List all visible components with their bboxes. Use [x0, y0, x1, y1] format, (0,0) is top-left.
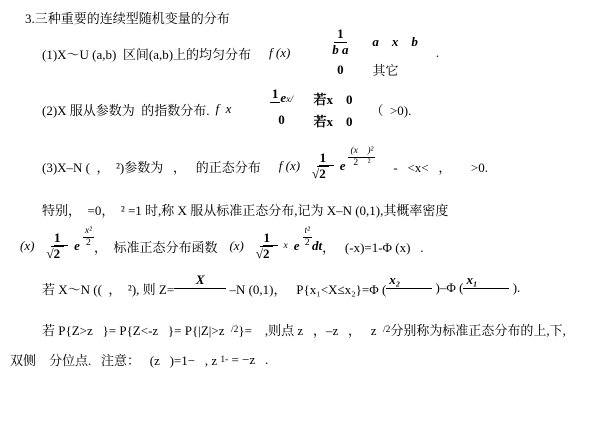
- dt-differential: dt: [312, 238, 322, 254]
- normal-fx-symbol: f (x): [279, 158, 300, 174]
- density-coefficient-fraction: 1 √2: [46, 231, 68, 262]
- standard-normal-sentence: 特别， =0， ² =1 时,称 X 服从标准正态分布,记为 X–N (0,1)…: [42, 200, 448, 219]
- x2-fraction: x₂: [386, 273, 432, 303]
- exponential-distribution-line: (2)X 服从参数为 的指数分布. f x 1 e x/ 若x 0 0 若x 0…: [42, 86, 411, 132]
- exponent-numerator: t²: [303, 226, 313, 238]
- one-over-theta-fraction: 1: [270, 86, 281, 103]
- symmetry-identity: ， (-x)=1-Φ (x) .: [322, 237, 423, 256]
- exponent-numerator: x²: [83, 226, 94, 238]
- euler-e-symbol: e: [74, 238, 80, 254]
- exponential-piecewise-formula: 1 e x/ 若x 0 0 若x 0: [249, 89, 352, 130]
- uniform-piecewise-formula: 1 b a a x b 0 其它: [308, 27, 418, 80]
- normal-lead-text: (3)X–N ( ， ²)参数为 ， 的正态分布: [42, 157, 261, 176]
- standardization-line: 若 X～N (( ， ²), 则 Z= X –N (0,1)， P{x₁<X≤x…: [42, 266, 520, 310]
- standard-normal-text: 特别， =0， ² =1 时,称 X 服从标准正态分布,记为 X–N (0,1)…: [42, 200, 448, 219]
- note-line: 双侧 分位点. 注意： (z )=1− , z 1- = −z .: [10, 350, 268, 369]
- exponential-case-2: 0 若x 0: [249, 111, 352, 130]
- exponential-fx-symbol: f x: [216, 101, 232, 117]
- uniform-distribution-line: (1)X～U (a,b) 区间(a,b)上的均匀分布 f (x) 1 b a a…: [42, 30, 439, 76]
- radical-sign: √: [256, 246, 263, 261]
- fraction-denominator: b a: [332, 43, 348, 58]
- normal-exponent-fraction: (x )² 2 ²: [348, 146, 375, 169]
- uniform-case2-condition: 其它: [372, 60, 398, 79]
- quantile-text-2: }= ,则点 z ，–z ， z: [238, 320, 383, 339]
- exponential-lead-text: (2)X 服从参数为 的指数分布.: [42, 100, 210, 119]
- exponent-denominator: 2: [305, 238, 310, 249]
- euler-e-symbol: e: [294, 238, 300, 254]
- uniform-case1-condition: a x b: [372, 34, 418, 50]
- probability-expression: –N (0,1)， P{x₁<X≤x₂}=Φ (: [226, 279, 386, 298]
- radical: √2: [46, 245, 68, 261]
- radicand: 2: [263, 245, 278, 261]
- section-heading-text: 3.三种重要的连续型随机变量的分布: [25, 8, 230, 27]
- uniform-period: .: [436, 45, 439, 61]
- radical: √2: [256, 245, 278, 261]
- uniform-fx-symbol: f (x): [269, 45, 290, 61]
- fraction-numerator: 1: [334, 27, 347, 43]
- radical: √2: [312, 165, 334, 181]
- cdf-exponent-fraction: t² 2: [303, 226, 313, 249]
- alpha-over-2-subscript: /2: [231, 325, 238, 335]
- fraction-numerator: x₂: [386, 273, 432, 289]
- radical-sign: √: [46, 246, 53, 261]
- phi-minus-separator: )–Φ (: [432, 280, 463, 296]
- radicand: 2: [319, 165, 334, 181]
- uniform-case-1: 1 b a a x b: [308, 27, 418, 58]
- exponent-denominator: 2 ²: [353, 158, 370, 169]
- normal-coefficient-fraction: 1 √2: [312, 151, 334, 182]
- quantile-text-1: 若 P{Z>z }= P{Z<-z }= P{|Z|>z: [42, 320, 231, 339]
- phi-x-left: (x): [20, 238, 34, 254]
- radicand: 2: [54, 245, 69, 261]
- note-text-2: = −z .: [228, 352, 268, 368]
- quantile-text-3: 分别称为标准正态分布的上,下,: [390, 320, 566, 339]
- fraction-numerator: X: [174, 273, 226, 289]
- uniform-lead-text: (1)X～U (a,b) 区间(a,b)上的均匀分布: [42, 44, 251, 63]
- uniform-case1-value: 1 b a: [308, 27, 372, 58]
- section-heading: 3.三种重要的连续型随机变量的分布: [25, 8, 230, 27]
- z-score-fraction: X: [174, 273, 226, 303]
- fraction-denominator: √2: [46, 247, 68, 262]
- fraction-denominator: √2: [256, 247, 278, 262]
- exponential-case1-condition: 若x 0: [313, 89, 352, 108]
- euler-e-symbol: e: [340, 158, 346, 174]
- exponential-case2-condition: 若x 0: [313, 111, 352, 130]
- alpha-over-2-subscript: /2: [383, 325, 390, 335]
- exponential-case1-value: 1 e x/: [249, 90, 313, 107]
- one-minus-alpha-subscript: 1-: [220, 355, 228, 365]
- exponential-parameter-note: （ >0).: [370, 100, 411, 119]
- note-text-1: 双侧 分位点. 注意： (z )=1− , z: [10, 350, 220, 369]
- integral-upper-limit: x: [284, 241, 288, 251]
- exponential-case2-value: 0: [249, 112, 313, 128]
- phi-x-right: (x): [229, 238, 243, 254]
- document-page: 3.三种重要的连续型随机变量的分布 (1)X～U (a,b) 区间(a,b)上的…: [0, 0, 602, 429]
- distribution-function-label: ， 标准正态分布函数: [94, 237, 218, 256]
- cdf-coefficient-fraction: 1 √2: [256, 231, 278, 262]
- exponent-x-over-theta: x/: [286, 95, 293, 105]
- density-exponent-fraction: x² 2: [83, 226, 94, 249]
- fraction-one-over-b-a: 1 b a: [332, 27, 348, 58]
- closing-paren-period: ).: [509, 280, 520, 296]
- normal-domain-note: - <x< ， >0.: [393, 157, 488, 176]
- uniform-case2-value: 0: [308, 62, 372, 78]
- fraction-numerator: x₁: [463, 273, 509, 289]
- exponent-numerator: (x )²: [348, 146, 375, 158]
- normal-distribution-line: (3)X–N ( ， ²)参数为 ， 的正态分布 f (x) 1 √2 e (x…: [42, 140, 488, 192]
- exponential-case-1: 1 e x/ 若x 0: [249, 89, 352, 108]
- fraction-denominator: √2: [312, 167, 334, 182]
- quantile-line: 若 P{Z>z }= P{Z<-z }= P{|Z|>z /2}= ,则点 z …: [42, 320, 566, 339]
- exponent-denominator: 2: [86, 238, 91, 249]
- standardization-lead: 若 X～N (( ， ²), 则 Z=: [42, 279, 174, 298]
- density-function-line: (x) 1 √2 e x² 2 ， 标准正态分布函数 (x) 1 √2 x e …: [20, 224, 423, 268]
- x1-fraction: x₁: [463, 273, 509, 303]
- uniform-case-2: 0 其它: [308, 60, 418, 79]
